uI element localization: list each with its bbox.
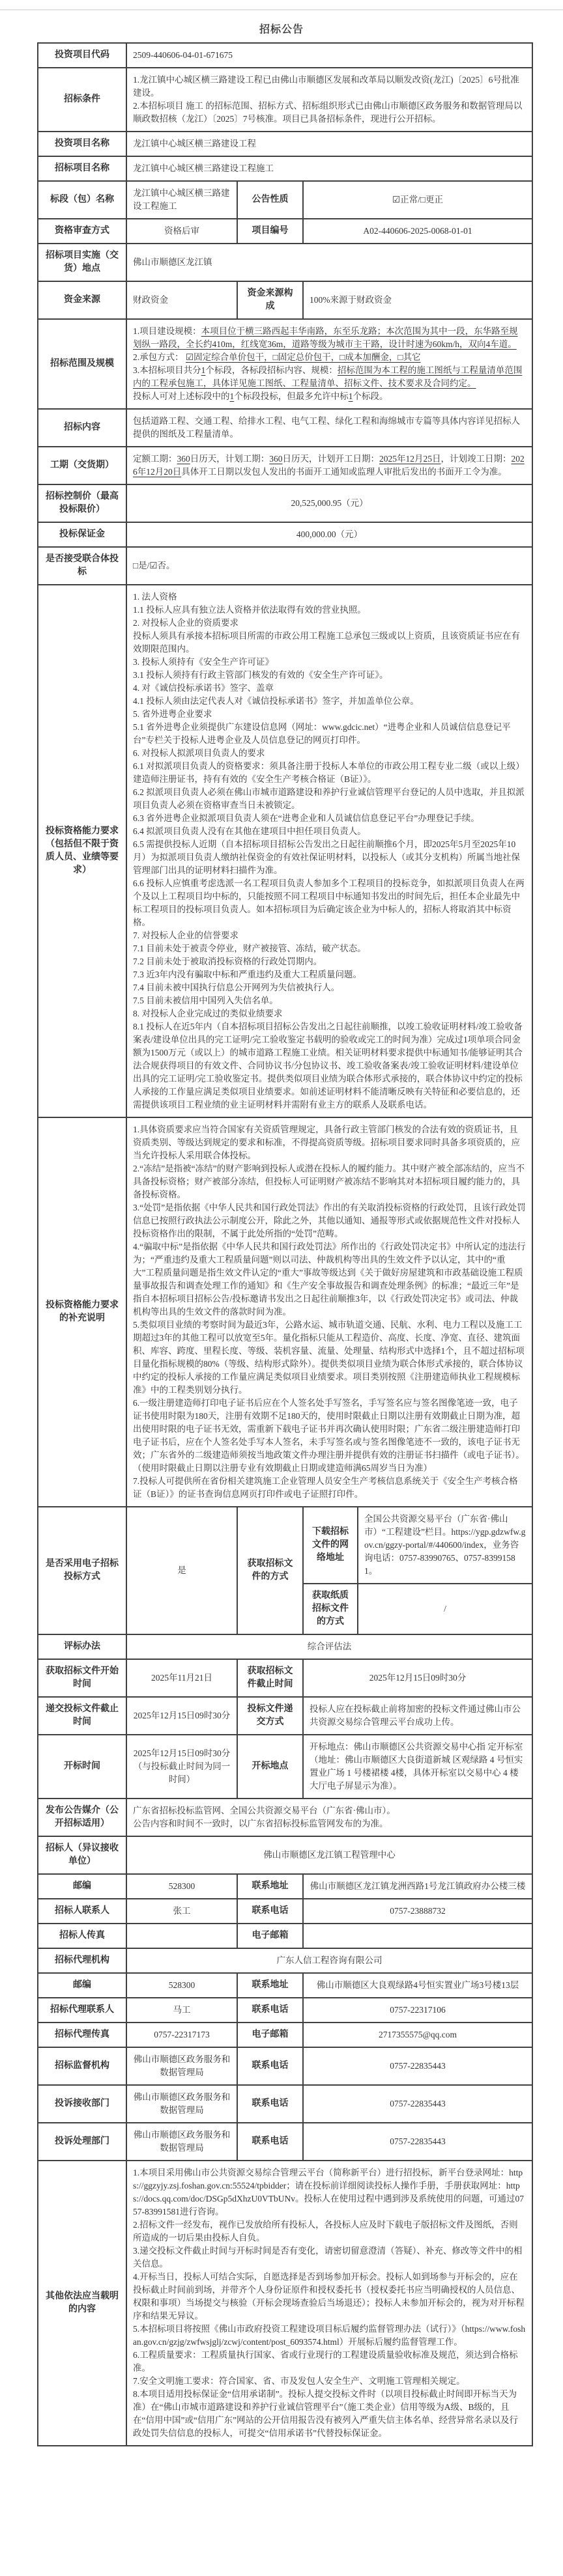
table-row: 投标资格能力要求的补充说明 1.具体资质要求应当符合国家有关资质管理规定，具备行… bbox=[38, 1117, 532, 1507]
section-name-label: 标段（包）名称 bbox=[38, 181, 126, 219]
opening-place-value: 开标地点：佛山市顺德区公共资源交易中心指 定开标室（地址：佛山市顺德区大良街道新… bbox=[303, 1735, 532, 1799]
tenderer-email-value bbox=[303, 1924, 532, 1948]
agency-phone-label: 联系电话 bbox=[237, 1998, 303, 2023]
complaint-receiving-label: 投诉接收部门 bbox=[38, 2085, 126, 2123]
table-row: 招标人传真 电子邮箱 bbox=[38, 1924, 532, 1948]
opening-time-label: 开标时间 bbox=[38, 1735, 126, 1799]
complaint-receiving-phone-label: 联系电话 bbox=[237, 2085, 303, 2123]
tender-conditions-value: 1.龙江镇中心城区横三路建设工程已由佛山市顺德区发展和改革局以顺发改资(龙江)〔… bbox=[126, 68, 532, 132]
tender-project-name-value: 龙江镇中心城区横三路建设工程施工 bbox=[126, 156, 532, 181]
table-row: 开标时间 2025年12月15日09时30分（与投标截止时间为同一时间） 开标地… bbox=[38, 1735, 532, 1799]
top-divider bbox=[0, 9, 563, 10]
doc-obtain-start-label: 获取招标文件开始时间 bbox=[38, 1659, 126, 1697]
page-title: 招标公告 bbox=[0, 21, 563, 36]
duration-value: 定额工期：360日历天，计划工期：360日历天，计划开工日期：2025年12月2… bbox=[126, 447, 532, 484]
qualification-review-value: 资格后审 bbox=[126, 219, 237, 244]
e-bidding-label: 是否采用电子招标投标方式 bbox=[38, 1507, 126, 1634]
paper-doc-value: / bbox=[358, 1584, 532, 1634]
complaint-handling-phone-label: 联系电话 bbox=[237, 2123, 303, 2161]
agency-address-label: 联系地址 bbox=[237, 1973, 303, 1998]
submission-method-label: 投标文件递交方式 bbox=[237, 1697, 303, 1735]
control-price-value: 20,525,000.95（元） bbox=[126, 484, 532, 522]
complaint-receiving-value: 佛山市顺德区政务服务和数据管理局 bbox=[126, 2085, 237, 2123]
table-row: 招标项目名称 龙江镇中心城区横三路建设工程施工 bbox=[38, 156, 532, 181]
agency-contact-label: 招标代理联系人 bbox=[38, 1998, 126, 2023]
table-row: 招标范围及规模 1.项目建设规模：本项目位于横三路西起丰华南路，东至乐龙路；本次… bbox=[38, 319, 532, 409]
table-row: 发布公告媒介（公开招标适用） 广东省招标投标监管网、全国公共资源交易平台（广东省… bbox=[38, 1799, 532, 1836]
tenderer-label: 招标人（异议接收单位） bbox=[38, 1836, 126, 1874]
table-row: 递交投标文件截止时间 2025年12月15日09时30分 投标文件递交方式 投标… bbox=[38, 1697, 532, 1735]
doc-obtain-end-label: 获取招标文件截止时间 bbox=[237, 1659, 303, 1697]
agency-postcode-label: 邮编 bbox=[38, 1973, 126, 1998]
table-row: 投资项目名称 龙江镇中心城区横三路建设工程 bbox=[38, 132, 532, 156]
consortium-value: □是/☑否。 bbox=[126, 547, 532, 585]
bid-bond-label: 投标保证金 bbox=[38, 522, 126, 547]
announcement-media-value: 广东省招标投标监管网、全国公共资源交易平台（广东省·佛山市）。公告内容和时间不一… bbox=[126, 1799, 532, 1836]
table-row: 投诉处理部门 佛山市顺德区政务服务和数据管理局 联系电话 0757-228354… bbox=[38, 2123, 532, 2161]
opening-place-label: 开标地点 bbox=[237, 1735, 303, 1799]
tenderer-fax-value bbox=[126, 1924, 237, 1948]
funding-label: 资金来源 bbox=[38, 281, 126, 319]
table-row: 是否采用电子招标投标方式 是 获取招标文件的方式 下载招标文件的网络地址 全国公… bbox=[38, 1507, 532, 1584]
tenderer-phone-value: 0757-23888732 bbox=[303, 1899, 532, 1924]
submission-deadline-label: 递交投标文件截止时间 bbox=[38, 1697, 126, 1735]
other-content-label: 其他依法应当载明的内容 bbox=[38, 2161, 126, 2446]
announcement-media-label: 发布公告媒介（公开招标适用） bbox=[38, 1799, 126, 1836]
table-row: 招标代理机构 广东人信工程咨询有限公司 bbox=[38, 1948, 532, 1973]
tenderer-address-label: 联系地址 bbox=[237, 1874, 303, 1899]
tender-project-name-label: 招标项目名称 bbox=[38, 156, 126, 181]
complaint-receiving-phone-value: 0757-22835443 bbox=[303, 2085, 532, 2123]
investment-project-name-value: 龙江镇中心城区横三路建设工程 bbox=[126, 132, 532, 156]
content-label: 招标内容 bbox=[38, 409, 126, 447]
download-url-value: 全国公共资源交易平台（广东省·佛山市）“工程建设”栏目。https://ygp.… bbox=[358, 1507, 532, 1584]
location-value: 佛山市顺德区龙江镇 bbox=[126, 244, 532, 281]
qualification-supplement-value: 1.具体资质要求应当符合国家有关资质管理规定，具备行政主管部门核发的合法有效的资… bbox=[126, 1117, 532, 1507]
download-url-label: 下载招标文件的网络地址 bbox=[303, 1507, 358, 1584]
notice-nature-value: ☑正常/□更正 bbox=[303, 181, 532, 219]
scope-label: 招标范围及规模 bbox=[38, 319, 126, 409]
table-row: 其他依法应当载明的内容 1.本项目采用佛山市公共资源交易综合管理云平台（简称新平… bbox=[38, 2161, 532, 2446]
supervision-phone-value: 0757-22835443 bbox=[303, 2047, 532, 2085]
e-bidding-value: 是 bbox=[126, 1507, 237, 1634]
agency-label: 招标代理机构 bbox=[38, 1948, 126, 1973]
doc-obtain-start-value: 2025年11月21日 bbox=[126, 1659, 237, 1697]
table-row: 投诉接收部门 佛山市顺德区政务服务和数据管理局 联系电话 0757-228354… bbox=[38, 2085, 532, 2123]
evaluation-method-value: 综合评估法 bbox=[126, 1634, 532, 1659]
qualification-requirements-value: 1. 法人资格1.1 投标人应具有独立法人资格并依法取得有效的营业执照。2. 对… bbox=[126, 585, 532, 1117]
opening-time-value: 2025年12月15日09时30分（与投标截止时间为同一时间） bbox=[126, 1735, 237, 1799]
investment-project-name-label: 投资项目名称 bbox=[38, 132, 126, 156]
agency-value: 广东人信工程咨询有限公司 bbox=[126, 1948, 532, 1973]
agency-contact-value: 马工 bbox=[126, 1998, 237, 2023]
agency-email-label: 电子邮箱 bbox=[237, 2023, 303, 2047]
table-row: 投标保证金 400,000.00（元） bbox=[38, 522, 532, 547]
table-row: 招标代理传真 0757-22317173 电子邮箱 2717355575@qq.… bbox=[38, 2023, 532, 2047]
table-row: 是否接受联合体投标 □是/☑否。 bbox=[38, 547, 532, 585]
funding-value: 财政资金 bbox=[126, 281, 237, 319]
table-row: 资格审查方式 资格后审 项目编号 A02-440606-2025-0068-01… bbox=[38, 219, 532, 244]
supervision-phone-label: 联系电话 bbox=[237, 2047, 303, 2085]
scope-value: 1.项目建设规模：本项目位于横三路西起丰华南路，东至乐龙路；本次范围为其中一段，… bbox=[126, 319, 532, 409]
table-row: 招标人联系人 张工 联系电话 0757-23888732 bbox=[38, 1899, 532, 1924]
doc-obtain-end-value: 2025年12月15日09时30分 bbox=[303, 1659, 532, 1697]
submission-deadline-value: 2025年12月15日09时30分 bbox=[126, 1697, 237, 1735]
table-row: 评标办法 综合评估法 bbox=[38, 1634, 532, 1659]
project-code-label: 投资项目代码 bbox=[38, 43, 126, 68]
table-row: 招标人（异议接收单位） 佛山市顺德区龙江镇工程管理中心 bbox=[38, 1836, 532, 1874]
table-row: 招标项目实施（交货）地点 佛山市顺德区龙江镇 bbox=[38, 244, 532, 281]
table-row: 招标内容 包括道路工程、交通工程、给排水工程、电气工程、绿化工程和海绵城市专篇等… bbox=[38, 409, 532, 447]
tenderer-email-label: 电子邮箱 bbox=[237, 1924, 303, 1948]
project-no-label: 项目编号 bbox=[237, 219, 303, 244]
notice-nature-label: 公告性质 bbox=[237, 181, 303, 219]
content-value: 包括道路工程、交通工程、给排水工程、电气工程、绿化工程和海绵城市专篇等具体内容详… bbox=[126, 409, 532, 447]
duration-label: 工期（交货期） bbox=[38, 447, 126, 484]
funding-composition-value: 100%来源于财政资金 bbox=[303, 281, 532, 319]
tenderer-fax-label: 招标人传真 bbox=[38, 1924, 126, 1948]
table-row: 邮编 528300 联系地址 佛山市顺德区大良观绿路4号恒实置业广场3号楼13层 bbox=[38, 1973, 532, 1998]
table-row: 招标代理联系人 马工 联系电话 0757-22317106 bbox=[38, 1998, 532, 2023]
tenderer-contact-value: 张工 bbox=[126, 1899, 237, 1924]
table-row: 标段（包）名称 龙江镇中心城区横三路建设工程施工 公告性质 ☑正常/□更正 bbox=[38, 181, 532, 219]
tenderer-postcode-value: 528300 bbox=[126, 1874, 237, 1899]
table-row: 邮编 528300 联系地址 佛山市顺德区龙江镇龙洲西路1号龙江镇政府办公楼三楼 bbox=[38, 1874, 532, 1899]
qualification-review-label: 资格审查方式 bbox=[38, 219, 126, 244]
supervision-value: 佛山市顺德区政务服务和数据管理局 bbox=[126, 2047, 237, 2085]
other-content-value: 1.本项目采用佛山市公共资源交易综合管理云平台（简称新平台）进行招投标，新平台登… bbox=[126, 2161, 532, 2446]
control-price-label: 招标控制价（最高投标限价） bbox=[38, 484, 126, 522]
complaint-handling-value: 佛山市顺德区政务服务和数据管理局 bbox=[126, 2123, 237, 2161]
table-row: 投资项目代码 2509-440606-04-01-671675 bbox=[38, 43, 532, 68]
bid-bond-value: 400,000.00（元） bbox=[126, 522, 532, 547]
tenderer-value: 佛山市顺德区龙江镇工程管理中心 bbox=[126, 1836, 532, 1874]
section-name-value: 龙江镇中心城区横三路建设工程施工 bbox=[126, 181, 237, 219]
supervision-label: 招标监督机构 bbox=[38, 2047, 126, 2085]
project-code-value: 2509-440606-04-01-671675 bbox=[126, 43, 532, 68]
table-row: 招标条件 1.龙江镇中心城区横三路建设工程已由佛山市顺德区发展和改革局以顺发改资… bbox=[38, 68, 532, 132]
agency-phone-value: 0757-22317106 bbox=[303, 1998, 532, 2023]
tenderer-postcode-label: 邮编 bbox=[38, 1874, 126, 1899]
location-label: 招标项目实施（交货）地点 bbox=[38, 244, 126, 281]
tender-conditions-label: 招标条件 bbox=[38, 68, 126, 132]
agency-postcode-value: 528300 bbox=[126, 1973, 237, 1998]
consortium-label: 是否接受联合体投标 bbox=[38, 547, 126, 585]
qualification-requirements-label: 投标资格能力要求（包括但不限于资质人员、业绩等要求） bbox=[38, 585, 126, 1117]
table-row: 工期（交货期） 定额工期：360日历天，计划工期：360日历天，计划开工日期：2… bbox=[38, 447, 532, 484]
paper-doc-label: 获取纸质招标文件的方式 bbox=[303, 1584, 358, 1634]
doc-obtain-method-label: 获取招标文件的方式 bbox=[237, 1507, 303, 1634]
tenderer-address-value: 佛山市顺德区龙江镇龙洲西路1号龙江镇政府办公楼三楼 bbox=[303, 1874, 532, 1899]
table-row: 招标监督机构 佛山市顺德区政务服务和数据管理局 联系电话 0757-228354… bbox=[38, 2047, 532, 2085]
qualification-supplement-label: 投标资格能力要求的补充说明 bbox=[38, 1117, 126, 1507]
agency-fax-label: 招标代理传真 bbox=[38, 2023, 126, 2047]
submission-method-value: 投标人应在投标截止前将加密的投标文件通过佛山市公共资源交易综合管理云平台成功上传… bbox=[303, 1697, 532, 1735]
complaint-handling-phone-value: 0757-22835443 bbox=[303, 2123, 532, 2161]
agency-email-value: 2717355575@qq.com bbox=[303, 2023, 532, 2047]
tender-announcement-table: 投资项目代码 2509-440606-04-01-671675 招标条件 1.龙… bbox=[37, 42, 533, 2446]
table-row: 资金来源 财政资金 资金来源构成 100%来源于财政资金 bbox=[38, 281, 532, 319]
tenderer-phone-label: 联系电话 bbox=[237, 1899, 303, 1924]
table-row: 投标资格能力要求（包括但不限于资质人员、业绩等要求） 1. 法人资格1.1 投标… bbox=[38, 585, 532, 1117]
agency-address-value: 佛山市顺德区大良观绿路4号恒实置业广场3号楼13层 bbox=[303, 1973, 532, 1998]
funding-composition-label: 资金来源构成 bbox=[237, 281, 303, 319]
project-no-value: A02-440606-2025-0068-01-01 bbox=[303, 219, 532, 244]
agency-fax-value: 0757-22317173 bbox=[126, 2023, 237, 2047]
tenderer-contact-label: 招标人联系人 bbox=[38, 1899, 126, 1924]
table-row: 获取招标文件开始时间 2025年11月21日 获取招标文件截止时间 2025年1… bbox=[38, 1659, 532, 1697]
table-row: 招标控制价（最高投标限价） 20,525,000.95（元） bbox=[38, 484, 532, 522]
evaluation-method-label: 评标办法 bbox=[38, 1634, 126, 1659]
complaint-handling-label: 投诉处理部门 bbox=[38, 2123, 126, 2161]
